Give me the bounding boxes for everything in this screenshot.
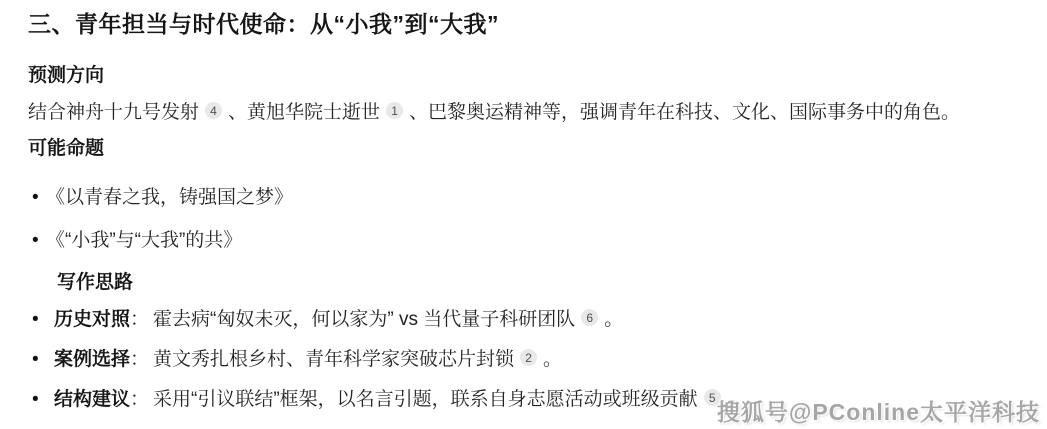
- bullet-icon: •: [32, 347, 39, 373]
- section-heading-prediction: 预测方向: [28, 64, 1019, 88]
- tip-colon: ：: [130, 389, 149, 410]
- tip-tail: 。: [604, 309, 623, 330]
- tip-term: 结构建议: [54, 389, 130, 410]
- article-content: 三、青年担当与时代使命：从“小我”到“大我” 预测方向 结合神舟十九号发射4、黄…: [0, 0, 1047, 413]
- bullet-icon: •: [32, 185, 39, 211]
- tip-colon: ：: [130, 309, 149, 330]
- section-heading-writing: 写作思路: [57, 271, 1019, 295]
- paragraph-segment: 、黄旭华院士逝世: [228, 102, 380, 123]
- sohu-watermark: 搜狐号@PConline太平洋科技: [717, 394, 1040, 427]
- topic-list: •《以青春之我，铸强国之梦》 •《“小我”与“大我”的共》: [28, 185, 1019, 254]
- article-page: 三、青年担当与时代使命：从“小我”到“大我” 预测方向 结合神舟十九号发射4、黄…: [0, 0, 1047, 429]
- citation-badge[interactable]: 6: [581, 309, 598, 326]
- bullet-icon: •: [32, 387, 39, 413]
- page-title: 三、青年担当与时代使命：从“小我”到“大我”: [28, 10, 1019, 38]
- tip-term: 案例选择: [54, 349, 130, 370]
- list-item: •《“小我”与“大我”的共》: [28, 228, 1019, 254]
- section-heading-topics: 可能命题: [28, 137, 1019, 161]
- citation-badge[interactable]: 2: [520, 349, 537, 366]
- list-item: •《以青春之我，铸强国之梦》: [28, 185, 1019, 211]
- tip-colon: ：: [130, 349, 149, 370]
- tip-text: 采用“引议联结”框架，以名言引题，联系自身志愿活动或班级贡献: [153, 389, 698, 410]
- citation-badge[interactable]: 1: [386, 102, 403, 119]
- bullet-icon: •: [32, 307, 39, 333]
- bullet-icon: •: [32, 228, 39, 254]
- tip-term: 历史对照: [54, 309, 130, 330]
- list-item: •案例选择：黄文秀扎根乡村、青年科学家突破芯片封锁2。: [28, 347, 1019, 373]
- tip-tail: 。: [543, 349, 562, 370]
- tip-text: 霍去病“匈奴未灭，何以家为” vs 当代量子科研团队: [153, 309, 575, 330]
- prediction-paragraph: 结合神舟十九号发射4、黄旭华院士逝世1、巴黎奥运精神等，强调青年在科技、文化、国…: [28, 100, 1019, 126]
- topic-title: 《以青春之我，铸强国之梦》: [46, 187, 293, 208]
- list-item: •历史对照：霍去病“匈奴未灭，何以家为” vs 当代量子科研团队6。: [28, 307, 1019, 333]
- citation-badge[interactable]: 4: [205, 102, 222, 119]
- tip-text: 黄文秀扎根乡村、青年科学家突破芯片封锁: [153, 349, 514, 370]
- topic-title: 《“小我”与“大我”的共》: [46, 230, 242, 251]
- paragraph-segment: 、巴黎奥运精神等，强调青年在科技、文化、国际事务中的角色。: [409, 102, 960, 123]
- paragraph-segment: 结合神舟十九号发射: [28, 102, 199, 123]
